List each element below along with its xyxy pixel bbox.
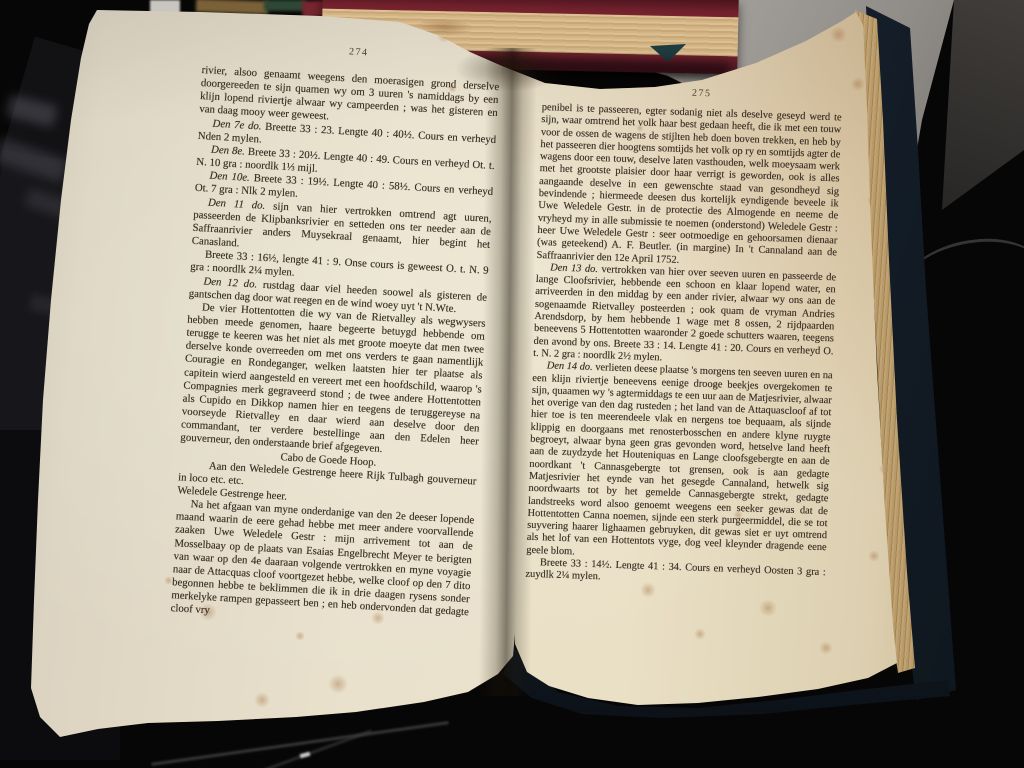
paragraph: De vier Hottentotten die wy van de Rietv… [180,300,486,462]
paragraph: Na het afgaan van myne onderdanige van d… [170,497,474,632]
paragraph-lead: Den 13 do. [550,262,602,275]
paragraph-lead: Den 8e. [211,144,249,158]
foxing-stain [830,26,847,43]
paragraph-lead: Den 14 do. [547,361,596,374]
paragraph-body: De vier Hottentotten die wy van de Rietv… [180,301,486,455]
foxing-stain [694,628,706,640]
paragraph-body: verlieten deese plaatse 's morgens ten s… [526,362,833,557]
paragraph-body: penibel is te passeeren, egter sodanig n… [536,102,841,265]
paragraph: Den 14 do.verlieten deese plaatse 's mor… [526,360,833,567]
paragraph-body: vertrokken van hier over seeven uuren en… [533,264,836,363]
page-right-text: penibel is te passeeren, egter sodanig n… [525,102,842,592]
page-number-right: 275 [692,88,712,100]
paragraph-lead: Den 10e. [209,170,254,185]
paragraph: penibel is te passeeren, egter sodanig n… [536,102,841,272]
floor-glint [300,752,311,758]
shelf-book-tan [196,0,268,14]
foxing-stain [851,77,865,91]
paragraph: Den 13 do.vertrokken van hier over seeve… [533,262,836,371]
foxing-stain [328,674,348,694]
foxing-stain [295,631,305,641]
foxing-stain [868,550,880,562]
paragraph-body: Na het afgaan van myne onderdanige van d… [170,498,474,618]
page-number-left: 274 [349,46,369,58]
floor-cable-streak [151,721,448,766]
foxing-stain [254,692,270,708]
foxing-stain [819,641,833,655]
page-left-text: rivier, alsoo genaamt weegens den moeras… [170,64,499,633]
floor-cable-streak [258,730,372,768]
shelf-book-green [264,0,306,11]
paragraph-body: rivier, alsoo genaamt weegens den moeras… [199,64,499,123]
foxing-stain [759,599,777,617]
